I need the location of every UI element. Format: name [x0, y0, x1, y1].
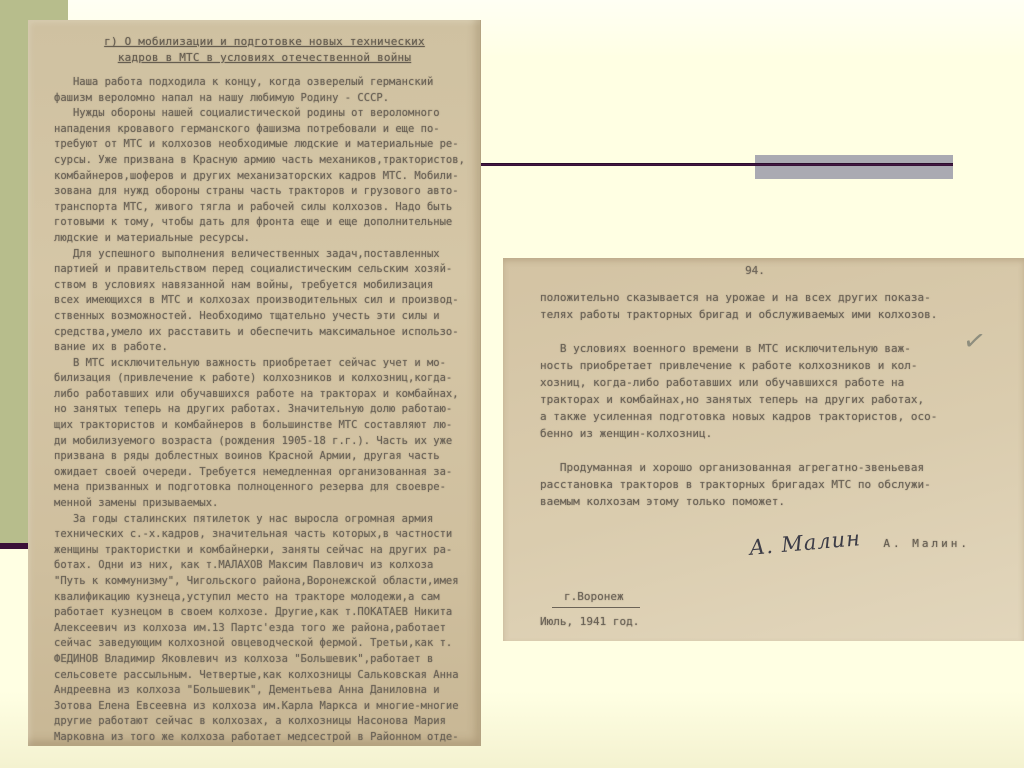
- slide-background: { "slide": { "background_color": "#FFFFE…: [0, 0, 1024, 768]
- document-title-line-1: г) О мобилизации и подготовке новых техн…: [54, 34, 475, 50]
- place-line: г.Воронеж: [552, 588, 640, 608]
- left-document-text: Наша работа подходила к концу, когда озв…: [54, 75, 474, 746]
- right-scanned-document[interactable]: 94. положительно сказывается на урожае и…: [503, 258, 1024, 641]
- signature-row: А. Малин А. Малин.: [540, 522, 1000, 564]
- typed-signature: А. Малин.: [883, 537, 970, 550]
- right-document-text: положительно сказывается на урожае и на …: [540, 289, 970, 510]
- document-title-line-2: кадров в МТС в условиях отечественной во…: [54, 50, 475, 66]
- document-title: г) О мобилизации и подготовке новых техн…: [54, 34, 475, 66]
- left-scanned-document[interactable]: г) О мобилизации и подготовке новых техн…: [28, 20, 481, 746]
- checkmark-annotation: ✓: [961, 324, 989, 358]
- place-date-block: г.Воронеж Июль, 1941 год.: [540, 588, 1024, 630]
- date-line: Июль, 1941 год.: [540, 613, 1024, 630]
- gray-accent-bar: [755, 155, 953, 179]
- handwritten-signature: А. Малин: [749, 526, 863, 560]
- page-number: 94.: [540, 264, 970, 277]
